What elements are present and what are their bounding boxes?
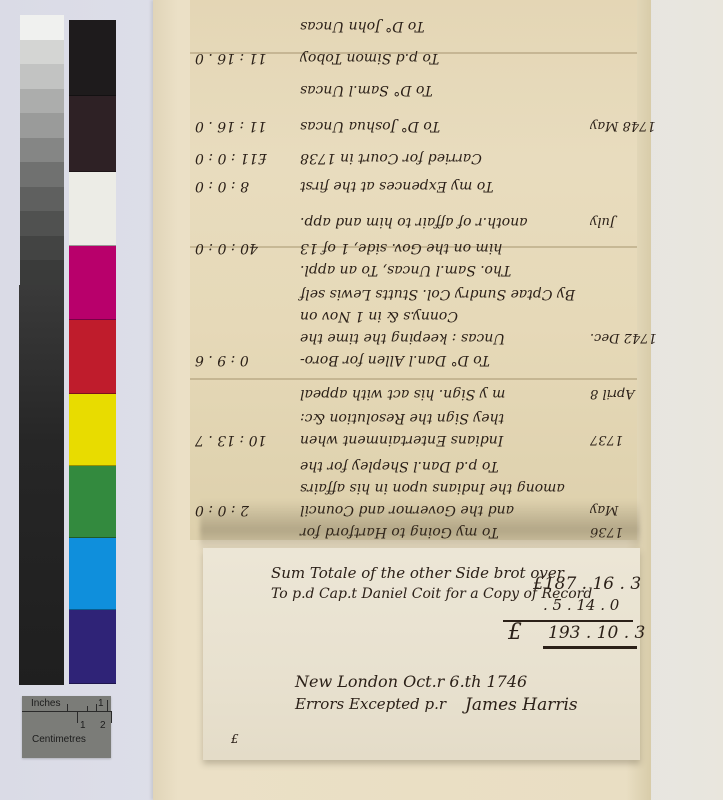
grey-patch bbox=[20, 236, 64, 261]
grand-total-amount: 193 . 10 . 3 bbox=[548, 623, 645, 643]
ledger-entry-amount: 8 : 0 : 0 bbox=[195, 178, 249, 194]
colour-patch-cyan bbox=[69, 538, 116, 610]
grey-patch bbox=[20, 211, 64, 236]
colour-patch-strip bbox=[69, 20, 116, 684]
ledger-entry-text: To D° Joshua Uncas bbox=[300, 118, 440, 134]
cm-mark-2: 2 bbox=[100, 720, 106, 731]
colour-patch-black bbox=[69, 20, 116, 96]
ledger-entry-text: Uncas : keeping the time the bbox=[300, 330, 505, 346]
paper-fold bbox=[190, 378, 637, 380]
copy-record-amount: . 5 . 14 . 0 bbox=[543, 596, 619, 614]
ledger-entry-text: Conny.s & in 1 Nov on bbox=[300, 308, 458, 324]
ledger-entry-text: To D° Sam.l Uncas bbox=[300, 82, 433, 98]
sum-total-text: Sum Totale of the other Side brot over bbox=[271, 564, 564, 582]
folio-mark: £ bbox=[231, 732, 239, 746]
grey-patch bbox=[20, 15, 64, 40]
colour-patch-dark-brown bbox=[69, 96, 116, 172]
total-mark: £ bbox=[508, 620, 522, 645]
scale-tick bbox=[107, 700, 108, 712]
grey-patch bbox=[20, 138, 64, 163]
ledger-entry-date: 1748 May bbox=[590, 118, 656, 133]
grey-patch bbox=[20, 64, 64, 89]
colour-patch-blue-violet bbox=[69, 610, 116, 684]
ledger-entry-date: April 8 bbox=[590, 386, 635, 401]
colour-patch-green bbox=[69, 466, 116, 538]
scale-tick bbox=[77, 711, 78, 723]
grey-patch bbox=[20, 162, 64, 187]
ledger-entry-text: To my Expences at the first bbox=[300, 178, 494, 194]
centimetres-label: Centimetres bbox=[32, 734, 86, 745]
ledger-entry-date: July bbox=[590, 214, 615, 229]
grey-patch bbox=[20, 187, 64, 212]
measurement-scale: Inches 1 1 2 Centimetres bbox=[22, 696, 111, 758]
summary-slip: Sum Totale of the other Side brot over £… bbox=[203, 548, 640, 760]
inch-mark: 1 bbox=[98, 698, 104, 709]
ledger-entry-amount: 11 : 16 . 0 bbox=[195, 50, 267, 66]
signature: James Harris bbox=[465, 695, 578, 715]
ledger-entry-text: To D° Dan.l Allen for Boro- bbox=[300, 352, 490, 368]
ledger-entry-text: To p.d Dan.l Shepley for the bbox=[300, 458, 499, 474]
ledger-entry-text: they Sign the Resolution &c: bbox=[300, 410, 504, 426]
slip-shadow bbox=[200, 500, 640, 550]
inches-label: Inches bbox=[31, 698, 60, 709]
colour-patch-white bbox=[69, 172, 116, 246]
grey-scale-strip bbox=[20, 15, 64, 285]
grey-patch bbox=[20, 113, 64, 138]
grey-scale-dark-section bbox=[19, 285, 64, 685]
grey-patch bbox=[20, 260, 64, 285]
total-underline bbox=[543, 646, 637, 649]
place-date: New London Oct.r 6.th 1746 bbox=[295, 672, 527, 691]
ledger-entry-amount: 0 : 9 . 6 bbox=[195, 352, 249, 368]
ledger-entry-text: To p.d Simon Toboy bbox=[300, 50, 439, 66]
ledger-entry-amount: 40 : 0 : 0 bbox=[195, 240, 258, 256]
scale-tick bbox=[96, 704, 97, 712]
errors-excepted: Errors Excepted p.r bbox=[295, 695, 446, 713]
ledger-entry-text: anoth.r of affair to him and app. bbox=[300, 214, 528, 230]
colour-patch-red bbox=[69, 320, 116, 394]
ledger-entry-date: 1737 bbox=[590, 432, 623, 447]
ledger-entry-amount: £11 : 0 : 0 bbox=[195, 150, 267, 166]
cm-mark-1: 1 bbox=[80, 720, 86, 731]
grey-patch bbox=[20, 89, 64, 114]
grey-patch bbox=[20, 40, 64, 65]
colour-patch-magenta bbox=[69, 246, 116, 320]
colour-patch-yellow bbox=[69, 394, 116, 466]
ledger-entry-amount: 10 : 13 . 7 bbox=[195, 432, 267, 448]
ledger-entry-text: m y Sign. his act with appeal bbox=[300, 386, 505, 402]
ledger-entry-text: him on the Gov. side, 1 of 13 bbox=[300, 240, 502, 256]
ledger-entry-date: 1742 Dec. bbox=[590, 330, 657, 345]
scale-tick bbox=[87, 706, 88, 712]
total-rule bbox=[503, 620, 633, 622]
ledger-entry-text: By Cptae Sundry Col. Stutts Lewis self bbox=[300, 286, 575, 302]
ledger-entry-text: Indians Entertainment when bbox=[300, 432, 503, 448]
ledger-entry-amount: 11 : 16 . 0 bbox=[195, 118, 267, 134]
scale-tick bbox=[111, 711, 112, 723]
ledger-entry-text: Tho. Sam.l Uncas, To an appl. bbox=[300, 262, 511, 278]
scale-tick bbox=[67, 704, 68, 712]
ledger-entry-text: Carried for Court in 1738 bbox=[300, 150, 482, 166]
ledger-entry-text: among the Indians upon in his affairs bbox=[300, 480, 565, 496]
ledger-entry-text: To D° John Uncas bbox=[300, 18, 425, 34]
